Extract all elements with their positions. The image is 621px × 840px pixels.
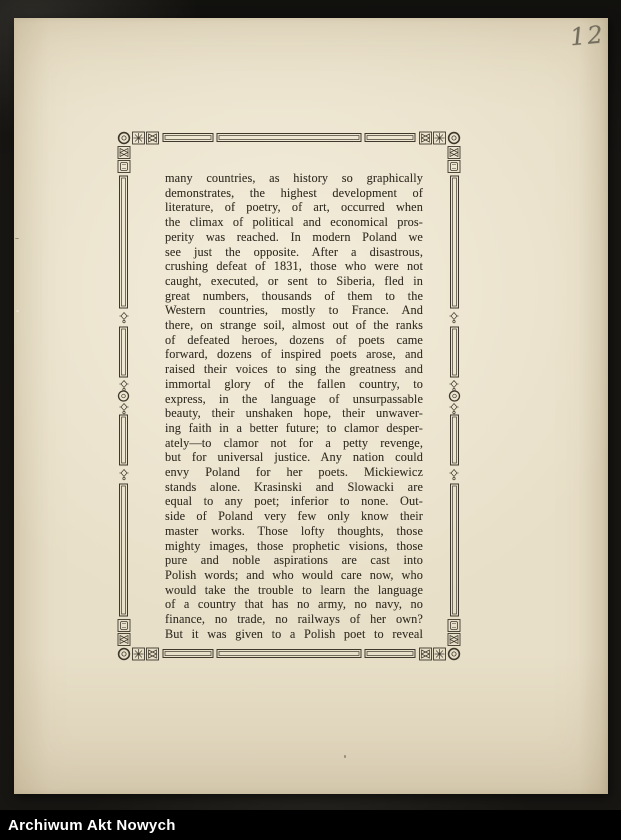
text-line: raised their voices to sing the greatnes… xyxy=(165,362,423,377)
text-line: of a country that has no army, no navy, … xyxy=(165,597,423,612)
text-line: see just the opposite. After a disastrou… xyxy=(165,245,423,260)
text-line: finance, no trade, no railways of her ow… xyxy=(165,612,423,627)
text-line: forward, dozens of inspired poets arose,… xyxy=(165,347,423,362)
text-line: caught, executed, or sent to Siberia, fl… xyxy=(165,274,423,289)
text-line: express, in the language of unsurpassabl… xyxy=(165,392,423,407)
text-line: master works. Those lofty thoughts, thos… xyxy=(165,524,423,539)
text-line: great numbers, thousands of them to the xyxy=(165,289,423,304)
text-line: immortal glory of the fallen country, to xyxy=(165,377,423,392)
border-right xyxy=(448,147,460,646)
handwritten-page-number: 12 xyxy=(569,19,621,51)
text-line: envy Poland for her poets. Mickiewicz xyxy=(165,465,423,480)
text-line: crushing defeat of 1831, those who were … xyxy=(165,259,423,274)
text-line: side of Poland very few only know their xyxy=(165,509,423,524)
text-line: But it was given to a Polish poet to rev… xyxy=(165,627,423,642)
text-line: Polish words; and who would care now, wh… xyxy=(165,568,423,583)
text-line: the climax of political and economical p… xyxy=(165,215,423,230)
border-bottom xyxy=(133,648,446,660)
border-left xyxy=(118,147,130,646)
text-line: literature, of poetry, of art, occurred … xyxy=(165,200,423,215)
archive-name-label: Archiwum Akt Nowych xyxy=(8,817,176,834)
text-line: ing faith in a better future; to clamor … xyxy=(165,421,423,436)
text-line: beauty, their unshaken hope, their unwav… xyxy=(165,406,423,421)
text-line: ately—to clamor not for a petty revenge, xyxy=(165,436,423,451)
border-top xyxy=(133,132,446,144)
document-page: 12 xyxy=(14,18,608,794)
scan-background: 12 xyxy=(0,0,621,840)
page-text: many countries, as history so graphicall… xyxy=(165,171,423,642)
paper-speck xyxy=(15,238,19,239)
text-line: would take the trouble to learn the lang… xyxy=(165,583,423,598)
text-line: there, on strange soil, almost out of th… xyxy=(165,318,423,333)
text-line: demonstrates, the highest development of xyxy=(165,186,423,201)
text-line: pure and noble aspirations are cast into xyxy=(165,553,423,568)
text-line: but for universal justice. Any nation co… xyxy=(165,450,423,465)
archive-watermark-bar: Archiwum Akt Nowych xyxy=(0,810,621,840)
paper-speck xyxy=(344,755,346,758)
text-line: stands alone. Krasinski and Slowacki are xyxy=(165,480,423,495)
text-line: many countries, as history so graphicall… xyxy=(165,171,423,186)
text-line: perity was reached. In modern Poland we xyxy=(165,230,423,245)
text-line: mighty images, those prophetic visions, … xyxy=(165,539,423,554)
text-line: of defeated heroes, dozens of poets came xyxy=(165,333,423,348)
paper-speck xyxy=(16,310,19,312)
text-line: equal to any poet; inferior to none. Out… xyxy=(165,494,423,509)
text-line: Western countries, mostly to France. And xyxy=(165,303,423,318)
